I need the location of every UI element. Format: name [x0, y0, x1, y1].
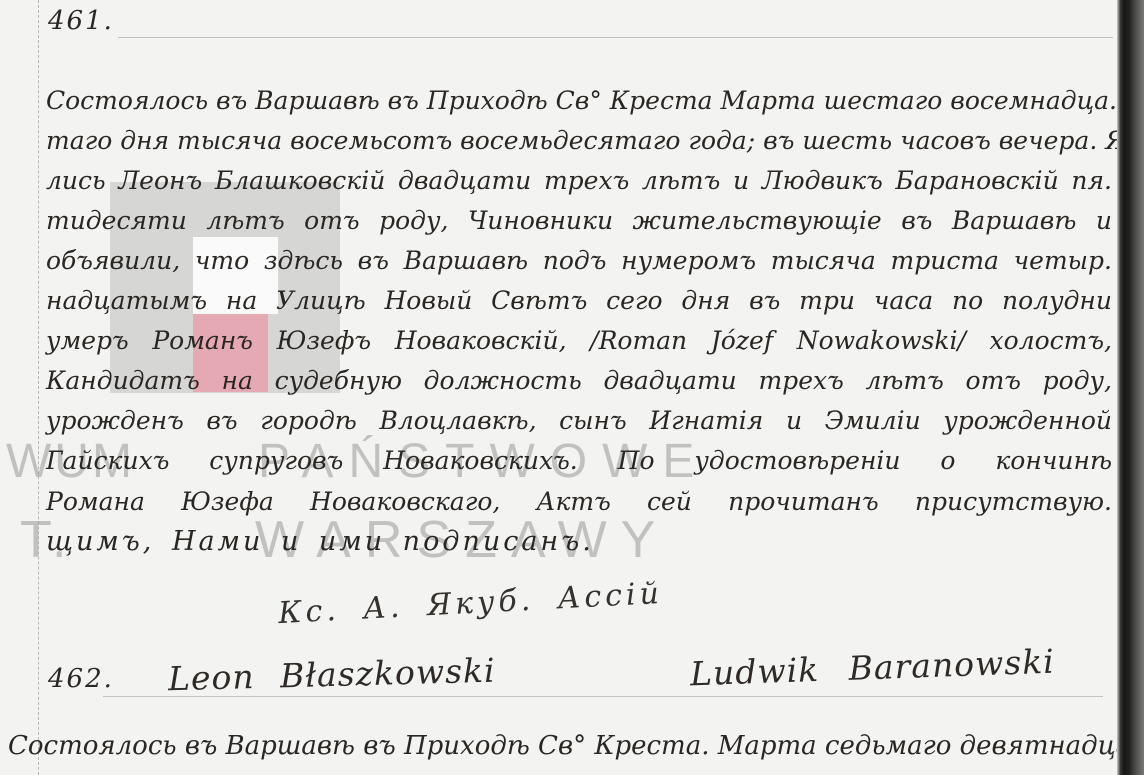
- record-461-header-rule: [118, 37, 1113, 38]
- record-461-text-line-2: таго дня тысяча восемьсотъ восемьдесятаг…: [46, 124, 1112, 158]
- record-461-text-line-12: щимъ, Нами и ими подписанъ.: [46, 525, 594, 559]
- scanned-register-page: WUM PAŃSTWOWE T. WARSZAWY 461. Состоялос…: [0, 0, 1144, 775]
- record-461-text-line-8: Кандидатъ на судебную должность двадцати…: [46, 364, 1112, 398]
- record-462-opening-line: Состоялось въ Варшавѣ въ Приходѣ Св° Кре…: [8, 731, 1080, 761]
- record-461-text-line-1: Состоялось въ Варшавѣ въ Приходѣ Св° Кре…: [46, 84, 1112, 118]
- witness-signature-ludwik: Ludwik Baranowski: [689, 642, 1055, 694]
- clergy-signature: Кс. А. Якуб. Ассій: [277, 576, 663, 631]
- record-462-number: 462.: [48, 664, 114, 694]
- record-461-text-line-10: Гайскихъ супруговъ Новаковскихъ. По удос…: [46, 444, 1112, 478]
- record-461-text-line-3: лись Леонъ Блашковскій двадцати трехъ лѣ…: [46, 164, 1112, 198]
- record-461-text-line-7: умеръ Романъ Юзефъ Новаковскій, /Roman J…: [46, 324, 1112, 358]
- record-461-number: 461.: [48, 6, 114, 36]
- record-462-header-rule: [103, 696, 1103, 697]
- page-edge-shadow: [1117, 0, 1144, 775]
- record-461-text-line-6: надцатымъ на Улицѣ Новый Свѣтъ сего дня …: [46, 284, 1112, 318]
- witness-signature-leon: Leon Błaszkowski: [168, 651, 497, 699]
- left-margin-rule: [38, 0, 39, 775]
- record-461-text-line-9: урожденъ въ городѣ Влоцлавкѣ, сынъ Игнат…: [46, 404, 1112, 438]
- record-461-text-line-4: тидесяти лѣтъ отъ роду, Чиновники житель…: [46, 204, 1112, 238]
- record-461-text-line-5: объявили, что здѣсь въ Варшавѣ подъ нуме…: [46, 244, 1112, 278]
- record-461-text-line-11: Романа Юзефа Новаковскаго, Актъ сей проч…: [46, 485, 1112, 519]
